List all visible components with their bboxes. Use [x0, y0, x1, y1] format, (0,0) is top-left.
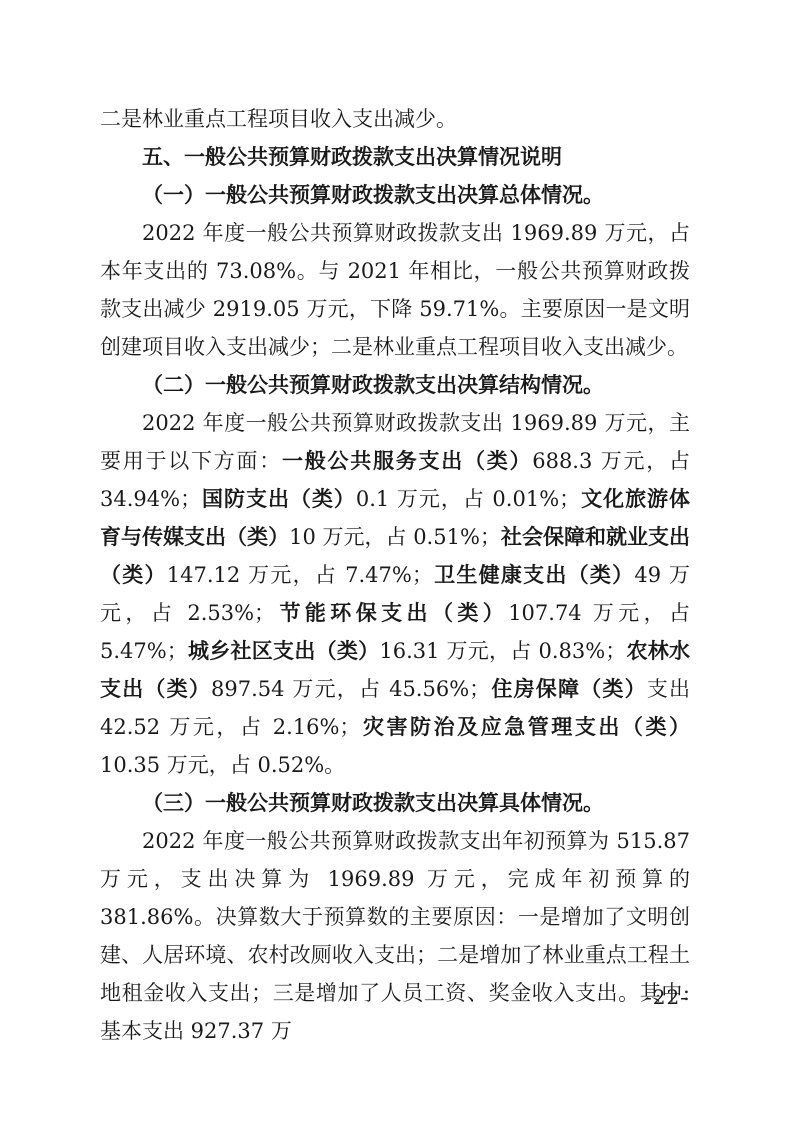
paragraph-overall-situation: 2022 年度一般公共预算财政拨款支出 1969.89 万元，占本年支出的 73…	[100, 214, 690, 366]
category-name: 节能环保支出（类）	[275, 601, 508, 625]
subsection-heading-one: （一）一般公共预算财政拨款支出决算总体情况。	[100, 176, 690, 214]
category-value: 147.12 万元，占 7.47%；	[167, 563, 433, 587]
document-body: 二是林业重点工程项目收入支出减少。 五、一般公共预算财政拨款支出决算情况说明 （…	[100, 100, 690, 1050]
section-heading-five: 五、一般公共预算财政拨款支出决算情况说明	[100, 138, 690, 176]
subsection-heading-two: （二）一般公共预算财政拨款支出决算结构情况。	[100, 366, 690, 404]
paragraph-continuation: 二是林业重点工程项目收入支出减少。	[100, 100, 690, 138]
category-name: 灾害防治及应急管理支出（类）	[360, 715, 690, 739]
category-name: 一般公共服务支出（类）	[282, 449, 532, 473]
category-value: 10.35 万元，占 0.52%。	[100, 753, 345, 777]
category-value: 0.1 万元，占 0.01%；	[356, 487, 580, 511]
paragraph-specific-situation: 2022 年度一般公共预算财政拨款支出年初预算为 515.87 万元，支出决算为…	[100, 822, 690, 1050]
category-value: 897.54 万元，占 45.56%；	[211, 677, 490, 701]
category-name: 城乡社区支出（类）	[188, 639, 380, 663]
subsection-heading-three: （三）一般公共预算财政拨款支出决算具体情况。	[100, 784, 690, 822]
category-value: 10 万元，占 0.51%；	[289, 525, 501, 549]
paragraph-expenditure-structure: 2022 年度一般公共预算财政拨款支出 1969.89 万元，主要用于以下方面：…	[100, 404, 690, 784]
category-name: 卫生健康支出（类）	[433, 563, 635, 587]
page-number: -22-	[645, 985, 688, 1009]
category-value: 16.31 万元，占 0.83%；	[379, 639, 626, 663]
category-name: 国防支出（类）	[201, 487, 356, 511]
document-page: 二是林业重点工程项目收入支出减少。 五、一般公共预算财政拨款支出决算情况说明 （…	[0, 0, 793, 1122]
category-name: 住房保障（类）	[490, 677, 647, 701]
